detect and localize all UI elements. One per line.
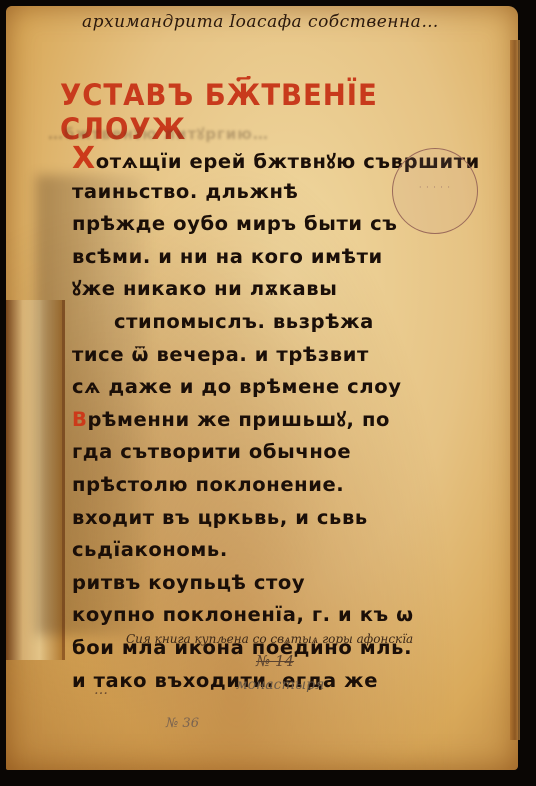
stamp-text: · · · · · <box>393 183 477 192</box>
text-line: прѣжде оубо миръ быти съ <box>72 208 432 241</box>
ownership-note: Сия книга купљена со свѧтыѧ горы афонскї… <box>126 632 413 647</box>
monastery-note: монастыря <box>236 677 324 693</box>
text-line: коупно поклоненїа, г. и къ ѡ <box>72 599 432 632</box>
text-line: ꙋже никако ни лѫкавы <box>72 273 432 306</box>
library-stamp: · · · · · <box>392 148 478 234</box>
red-initial: Х <box>72 141 96 176</box>
text-line: гда сътворити обычное <box>72 436 432 469</box>
text-line: сьдїакономь. <box>72 534 432 567</box>
text-line: сѧ даже и до врѣмене слоу <box>72 371 432 404</box>
struck-number: № 14 <box>256 652 294 670</box>
text-line: тисе ѿ вечера. и трѣзвит <box>72 339 432 372</box>
main-text-block: Хотѧщїи ерей бжтвнꙋю съвршити таиньство.… <box>72 143 432 697</box>
text-line: входит въ цркьвь, и сьвь <box>72 502 432 535</box>
text-line: таиньство. дльжнѣ <box>72 176 432 209</box>
faded-note: … <box>94 682 108 698</box>
text-line: стипомыслъ. вьзрѣжа <box>72 306 432 339</box>
red-initial: В <box>72 408 87 431</box>
shelf-number: № 36 <box>166 716 199 731</box>
top-margin-note: архимандрита ӏоасафа собственна… <box>82 12 439 32</box>
text-line: всѣми. и ни на кого имѣти <box>72 241 432 274</box>
text-line: Врѣменни же пришьшꙋ, по <box>72 404 432 437</box>
text-line: ритвъ коупьцѣ стоу <box>72 567 432 600</box>
text-line: прѣстолю поклонение. <box>72 469 432 502</box>
text-line: Хотѧщїи ерей бжтвнꙋю съвршити <box>72 143 432 176</box>
